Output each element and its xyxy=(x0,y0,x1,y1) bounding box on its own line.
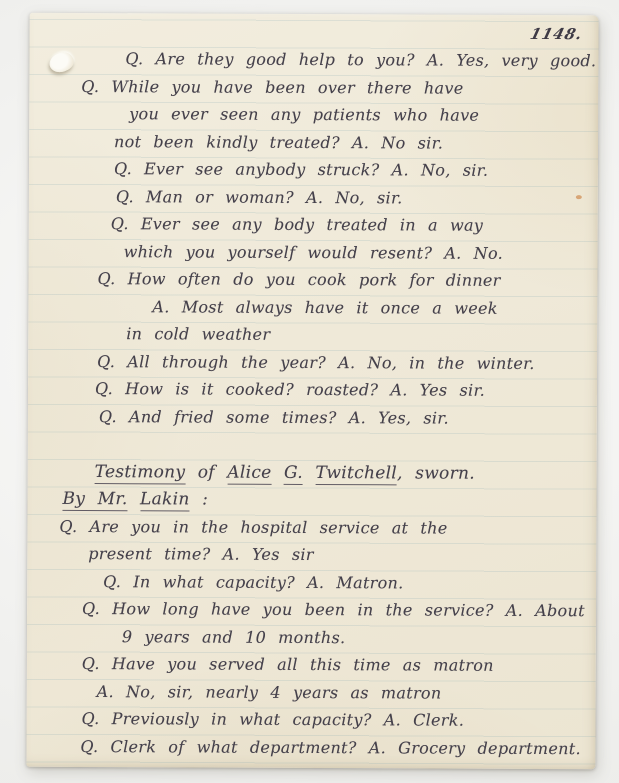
text-segment: A. No, sir, nearly 4 years as matron xyxy=(97,682,442,703)
text-segment: Q. Man or woman? A. No, sir. xyxy=(116,187,403,207)
text-segment: present time? A. Yes sir xyxy=(88,544,314,564)
manuscript-line: Q. Have you served all this time as matr… xyxy=(27,654,596,684)
manuscript-line: Q. How is it cooked? roasted? A. Yes sir… xyxy=(28,379,597,409)
handwritten-text-block: Q. Are they good help to you? A. Yes, ve… xyxy=(26,49,598,766)
manuscript-line: Q. How often do you cook pork for dinner xyxy=(28,269,597,299)
manuscript-line: which you yourself would resent? A. No. xyxy=(29,241,598,271)
text-segment: which you yourself would resent? A. No. xyxy=(124,242,504,263)
text-segment: Q. And fried some times? A. Yes, sir. xyxy=(99,407,449,428)
manuscript-line: you ever seen any patients who have xyxy=(29,104,598,134)
underlined-text: G. xyxy=(284,462,303,484)
manuscript-line: Q. Clerk of what department? A. Grocery … xyxy=(26,736,595,766)
manuscript-line: Q. How long have you been in the service… xyxy=(27,599,596,629)
manuscript-line: 9 years and 10 months. xyxy=(27,626,596,656)
manuscript-line: A. Most always have it once a week xyxy=(28,296,597,326)
manuscript-line: in cold weather xyxy=(28,324,597,354)
manuscript-line: Q. In what capacity? A. Matron. xyxy=(27,571,596,601)
text-segment: in cold weather xyxy=(126,324,270,344)
text-segment: not been kindly treated? A. No sir. xyxy=(114,132,443,152)
blank-line xyxy=(28,434,597,464)
text-segment xyxy=(128,489,141,509)
underlined-text: Lakin xyxy=(140,489,190,511)
manuscript-line: Q. Ever see any body treated in a way xyxy=(29,214,598,244)
manuscript-line: not been kindly treated? A. No sir. xyxy=(29,131,598,161)
manuscript-line: present time? A. Yes sir xyxy=(27,544,596,574)
heading-line: Testimony of Alice G. Twitchell, sworn. xyxy=(28,461,597,491)
manuscript-line: Q. Are they good help to you? A. Yes, ve… xyxy=(29,49,598,79)
text-segment: 9 years and 10 months. xyxy=(122,627,346,647)
underlined-text: Twitchell xyxy=(315,463,397,485)
manuscript-line: Q. Previously in what capacity? A. Clerk… xyxy=(26,709,595,739)
text-segment: Q. Are they good help to you? A. Yes, ve… xyxy=(125,49,596,70)
text-segment: Q. Ever see any body treated in a way xyxy=(111,214,484,235)
manuscript-line: Q. And fried some times? A. Yes, sir. xyxy=(28,406,597,436)
text-segment: A. Most always have it once a week xyxy=(152,297,498,318)
manuscript-page: 1148. Q. Are they good help to you? A. Y… xyxy=(26,13,598,769)
manuscript-line: A. No, sir, nearly 4 years as matron xyxy=(27,681,596,711)
text-segment: Q. All through the year? A. No, in the w… xyxy=(97,352,535,373)
text-segment: you ever seen any patients who have xyxy=(129,104,479,125)
underlined-text: By Mr. xyxy=(62,489,127,511)
underlined-text: Alice xyxy=(227,462,271,484)
manuscript-line: Q. All through the year? A. No, in the w… xyxy=(28,351,597,381)
text-segment: , sworn. xyxy=(397,463,475,483)
text-segment: Q. Have you served all this time as matr… xyxy=(82,654,494,675)
text-segment: Q. Ever see anybody struck? A. No, sir. xyxy=(114,159,488,180)
text-segment: Q. How long have you been in the service… xyxy=(82,599,585,620)
text-segment: Q. Clerk of what department? A. Grocery … xyxy=(80,736,581,757)
text-segment: of xyxy=(185,462,227,482)
text-segment: Q. How often do you cook pork for dinner xyxy=(97,269,500,290)
text-segment: Q. Previously in what capacity? A. Clerk… xyxy=(82,709,465,730)
page-number: 1148. xyxy=(528,25,585,43)
underlined-text: Testimony xyxy=(95,462,186,484)
manuscript-line: Q. While you have been over there have xyxy=(29,76,598,106)
scan-background: 1148. Q. Are they good help to you? A. Y… xyxy=(0,0,619,783)
text-segment xyxy=(303,462,316,482)
text-segment: : xyxy=(190,489,209,509)
text-segment xyxy=(272,462,285,482)
text-segment: Q. In what capacity? A. Matron. xyxy=(103,572,403,592)
manuscript-line: Q. Man or woman? A. No, sir. xyxy=(29,186,598,216)
heading-line: By Mr. Lakin : xyxy=(27,489,596,519)
text-segment: Q. While you have been over there have xyxy=(81,76,463,97)
text-segment: Q. Are you in the hospital service at th… xyxy=(59,516,447,537)
text-segment: Q. How is it cooked? roasted? A. Yes sir… xyxy=(95,379,485,400)
manuscript-line: Q. Are you in the hospital service at th… xyxy=(27,516,596,546)
manuscript-line: Q. Ever see anybody struck? A. No, sir. xyxy=(29,159,598,189)
